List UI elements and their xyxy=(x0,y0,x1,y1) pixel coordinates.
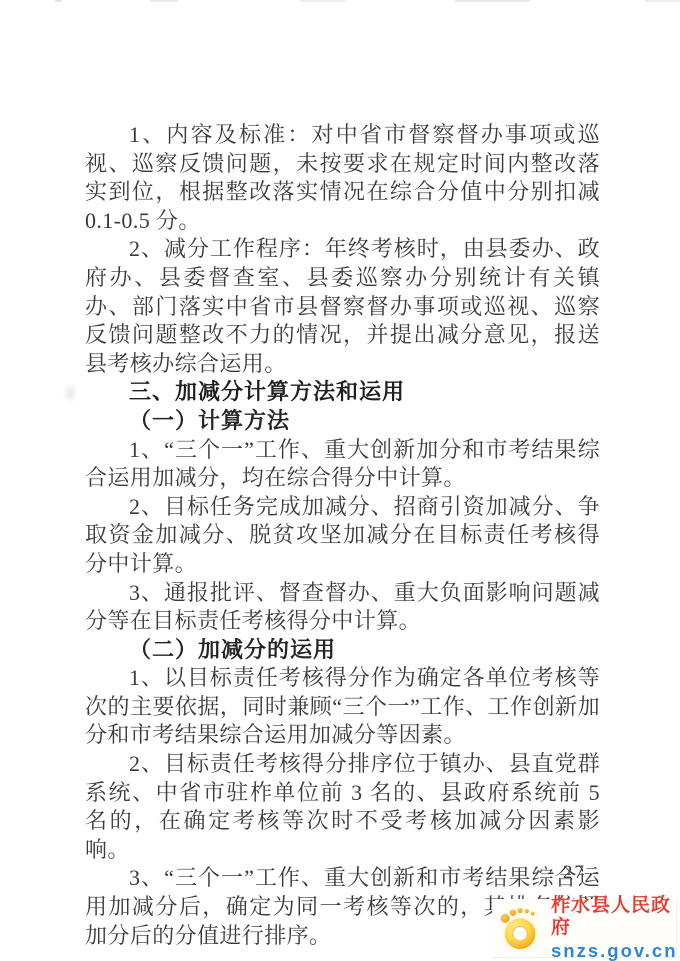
paragraph-application-2: 2、目标责任考核得分排序位于镇办、县直党群系统、中省市驻柞单位前 3 名的、县政… xyxy=(85,750,600,864)
scan-artifact-top-edge xyxy=(0,0,680,2)
paragraph-method-2: 2、目标任务完成加减分、招商引资加减分、争取资金加减分、脱贫攻坚加减分在目标责任… xyxy=(85,493,600,579)
document-page: 1、内容及标准：对中省市督察督办事项或巡视、巡察反馈问题，未按要求在规定时间内整… xyxy=(0,0,680,961)
footprint-icon xyxy=(498,902,544,954)
paragraph-deduction-standard: 1、内容及标准：对中省市督察督办事项或巡视、巡察反馈问题，未按要求在规定时间内整… xyxy=(85,121,600,235)
page-number: - 27 - xyxy=(548,862,601,884)
scan-artifact-smudge xyxy=(62,382,78,404)
paragraph-application-1: 1、以目标责任考核得分作为确定各单位考核等次的主要依据，同时兼顾“三个一”工作、… xyxy=(85,664,600,750)
paragraph-method-1: 1、“三个一”工作、重大创新加分和市考结果综合运用加减分，均在综合得分中计算。 xyxy=(85,436,600,493)
gov-site-logo: 柞水县人民政府 snzs.gov.cn xyxy=(492,899,677,958)
document-body: 1、内容及标准：对中省市督察督办事项或巡视、巡察反馈问题，未按要求在规定时间内整… xyxy=(85,121,600,950)
gov-site-url: snzs.gov.cn xyxy=(551,940,678,961)
gov-logo-text: 柞水县人民政府 snzs.gov.cn xyxy=(551,895,678,961)
subsection-heading-application: （二）加减分的运用 xyxy=(85,636,600,665)
gov-org-name: 柞水县人民政府 xyxy=(551,895,678,940)
subsection-heading-method: （一）计算方法 xyxy=(85,407,600,436)
paragraph-method-3: 3、通报批评、督查督办、重大负面影响问题减分等在目标责任考核得分中计算。 xyxy=(85,579,600,636)
section-heading-calculation: 三、加减分计算方法和运用 xyxy=(85,378,600,407)
paragraph-deduction-procedure: 2、减分工作程序：年终考核时，由县委办、政府办、县委督查室、县委巡察办分别统计有… xyxy=(85,235,600,378)
